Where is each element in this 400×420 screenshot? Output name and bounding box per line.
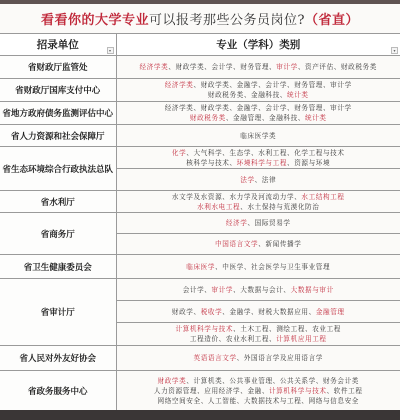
positions-table: 招录单位▾ 专业（学科）类别▾ 省财政厅监管处经济学类、财政学类、会计学、财务管…	[0, 33, 400, 411]
major-text: 、金融学、财税大数据应用、	[222, 308, 316, 316]
major-line: 临床医学、中医学、社会医学与卫生事业管理	[117, 262, 400, 272]
unit-cell: 省地方政府债务监测评估中心	[0, 102, 116, 125]
highlighted-major: 税收学	[201, 308, 223, 316]
major-cell: 计算机科学与技术、土木工程、测绘工程、农业工程工程造价、农业水利工程、计算机应用…	[116, 323, 400, 346]
major-line: 财政税务类、金融科技、统计类	[117, 90, 400, 100]
table-row: 省生态环境综合行政执法总队化学、大气科学、生态学、水利工程、化学工程与技术核科学…	[0, 147, 400, 169]
table-row: 省审计厅会计学、审计学、大数据与会计、大数据与审计	[0, 279, 400, 301]
highlighted-major: 临床医学	[186, 263, 215, 271]
major-cell: 法学、法律	[116, 169, 400, 191]
highlighted-major: 英语语言文学	[194, 354, 237, 362]
major-text: 、水土保持与荒漠化防治	[240, 203, 319, 211]
highlighted-major: 化学	[172, 149, 186, 157]
major-cell: 经济学类、财政学类、金融学、会计学、财务管理、审计学财政税务类、金融管理、金融科…	[116, 102, 400, 125]
highlighted-major: 财政税务类	[190, 114, 226, 122]
major-text: 、法律	[255, 176, 277, 184]
major-line: 网络空间安全、人工智能、大数据技术与工程、网络与信息安全	[117, 396, 400, 406]
filter-dropdown-icon[interactable]: ▾	[391, 47, 398, 54]
highlighted-major: 法学	[240, 176, 254, 184]
unit-cell: 省人民对外友好协会	[0, 346, 116, 371]
major-cell: 水文学及水资源、水力学及河流动力学、水工结构工程水利水电工程、水土保持与荒漠化防…	[116, 191, 400, 213]
major-text: 、国际贸易学	[247, 219, 290, 227]
major-line: 财政学、税收学、金融学、财税大数据应用、金融管理	[117, 307, 400, 317]
page-title: 看看你的大学专业 可以报考那些公务员岗位? （省直）	[0, 4, 400, 33]
major-cell: 财政学类、计算机类、公共事业管理、公共关系学、财务会计类人力资源管理、应用经济学…	[116, 371, 400, 411]
highlighted-major: 大数据与审计	[291, 286, 334, 294]
major-text: 、大数据与会计、	[233, 286, 291, 294]
highlighted-major: 财政学类	[158, 377, 187, 385]
major-text: 网络空间安全、人工智能、大数据技术与工程、网络与信息安全	[158, 397, 359, 405]
unit-cell: 省财政厅监管处	[0, 56, 116, 79]
title-highlight: 看看你的大学专业	[41, 9, 149, 28]
highlighted-major: 计算机科学与技术	[176, 325, 234, 333]
major-line: 化学、大气科学、生态学、水利工程、化学工程与技术	[117, 148, 400, 158]
major-text: 工程造价、农业水利工程、	[190, 335, 276, 343]
major-line: 人力资源管理、应用经济学、金融、计算机科学与技术、软件工程	[117, 386, 400, 396]
highlighted-major: 经济学类	[165, 81, 194, 89]
major-text: 、金融管理、金融科技、	[226, 114, 305, 122]
table-row: 省财政厅监管处经济学类、财政学类、会计学、财务管理、审计学、资产评估、财政税务类	[0, 56, 400, 79]
table-row: 省地方政府债务监测评估中心经济学类、财政学类、金融学、会计学、财务管理、审计学财…	[0, 102, 400, 125]
highlighted-major: 统计类	[305, 114, 327, 122]
major-text: 、大气科学、生态学、水利工程、化学工程与技术	[186, 149, 344, 157]
major-text: 水文学及水资源、水力学及河流动力学、	[172, 193, 302, 201]
major-text: 、计算机类、公共事业管理、公共关系学、财务会计类	[186, 377, 359, 385]
major-text: 、新闻传播学	[258, 240, 301, 248]
major-line: 计算机科学与技术、土木工程、测绘工程、农业工程	[117, 324, 400, 334]
major-cell: 会计学、审计学、大数据与会计、大数据与审计	[116, 279, 400, 301]
major-text: 、软件工程	[327, 387, 363, 395]
major-text: 、资产评估、财政税务类	[298, 63, 377, 71]
major-text: 临床医学类	[240, 132, 276, 140]
major-text: 、资源与环境	[287, 159, 330, 167]
unit-cell: 省人力资源和社会保障厅	[0, 125, 116, 147]
major-cell: 经济学类、财政学类、金融学、会计学、财务管理、审计学财政税务类、金融科技、统计类	[116, 79, 400, 102]
major-line: 中国语言文学、新闻传播学	[117, 239, 400, 249]
major-line: 财政税务类、金融管理、金融科技、统计类	[117, 113, 400, 123]
table-row: 省财政厅国库支付中心经济学类、财政学类、金融学、会计学、财务管理、审计学财政税务…	[0, 79, 400, 102]
highlighted-major: 计算机应用工程	[276, 335, 326, 343]
major-cell: 临床医学、中医学、社会医学与卫生事业管理	[116, 255, 400, 279]
highlighted-major: 统计类	[287, 91, 309, 99]
unit-cell: 省审计厅	[0, 279, 116, 346]
table-row: 省卫生健康委员会临床医学、中医学、社会医学与卫生事业管理	[0, 255, 400, 279]
major-text: 、外国语言学及应用语言学	[237, 354, 323, 362]
major-line: 法学、法律	[117, 175, 400, 185]
bottom-dark-bar	[0, 410, 400, 420]
major-line: 经济学、国际贸易学	[117, 218, 400, 228]
highlighted-major: 计算机科学与技术	[269, 387, 327, 395]
highlighted-major: 水利水电工程	[197, 203, 240, 211]
major-text: 、中医学、社会医学与卫生事业管理	[215, 263, 330, 271]
table-row: 省人民对外友好协会英语语言文学、外国语言学及应用语言学	[0, 346, 400, 371]
unit-cell: 省水利厅	[0, 191, 116, 213]
major-text: 、土木工程、测绘工程、农业工程	[233, 325, 341, 333]
major-cell: 经济学、国际贸易学	[116, 213, 400, 234]
title-scope: （省直）	[305, 9, 359, 28]
header-unit[interactable]: 招录单位▾	[0, 34, 116, 56]
header-major[interactable]: 专业（学科）类别▾	[116, 34, 400, 56]
major-line: 经济学类、财政学类、金融学、会计学、财务管理、审计学	[117, 80, 400, 90]
unit-cell: 省卫生健康委员会	[0, 255, 116, 279]
major-text: 核科学与技术、	[186, 159, 236, 167]
filter-dropdown-icon[interactable]: ▾	[107, 47, 114, 54]
major-line: 临床医学类	[117, 131, 400, 141]
unit-cell: 省商务厅	[0, 213, 116, 255]
table-header-row: 招录单位▾ 专业（学科）类别▾	[0, 34, 400, 56]
major-text: 、财政学类、会计学、财务管理、	[168, 63, 276, 71]
major-cell: 财政学、税收学、金融学、财税大数据应用、金融管理	[116, 301, 400, 323]
major-cell: 中国语言文学、新闻传播学	[116, 234, 400, 255]
major-line: 水文学及水资源、水力学及河流动力学、水工结构工程	[117, 192, 400, 202]
major-text: 、财政学类、金融学、会计学、财务管理、审计学	[194, 81, 352, 89]
unit-cell: 省生态环境综合行政执法总队	[0, 147, 116, 191]
highlighted-major: 环境科学与工程	[237, 159, 287, 167]
major-cell: 临床医学类	[116, 125, 400, 147]
major-text: 财政学、	[172, 308, 201, 316]
unit-cell: 省财政厅国库支付中心	[0, 79, 116, 102]
major-text: 经济学类、财政学类、金融学、会计学、财务管理、审计学	[165, 104, 352, 112]
major-cell: 化学、大气科学、生态学、水利工程、化学工程与技术核科学与技术、环境科学与工程、资…	[116, 147, 400, 169]
major-line: 财政学类、计算机类、公共事业管理、公共关系学、财务会计类	[117, 376, 400, 386]
table-row: 省人力资源和社会保障厅临床医学类	[0, 125, 400, 147]
major-line: 会计学、审计学、大数据与会计、大数据与审计	[117, 285, 400, 295]
major-line: 工程造价、农业水利工程、计算机应用工程	[117, 334, 400, 344]
major-text: 财政税务类、金融科技、	[208, 91, 287, 99]
major-text: 人力资源管理、应用经济学、金融、	[154, 387, 269, 395]
major-text: 会计学、	[183, 286, 212, 294]
major-cell: 经济学类、财政学类、会计学、财务管理、审计学、资产评估、财政税务类	[116, 56, 400, 79]
major-line: 水利水电工程、水土保持与荒漠化防治	[117, 202, 400, 212]
major-line: 经济学类、财政学类、金融学、会计学、财务管理、审计学	[117, 103, 400, 113]
unit-cell: 省政务服务中心	[0, 371, 116, 411]
highlighted-major: 审计学	[276, 63, 298, 71]
major-line: 经济学类、财政学类、会计学、财务管理、审计学、资产评估、财政税务类	[117, 62, 400, 72]
highlighted-major: 中国语言文学	[215, 240, 258, 248]
highlighted-major: 经济学	[226, 219, 248, 227]
major-cell: 英语语言文学、外国语言学及应用语言学	[116, 346, 400, 371]
highlighted-major: 金融管理	[316, 308, 345, 316]
table-row: 省政务服务中心财政学类、计算机类、公共事业管理、公共关系学、财务会计类人力资源管…	[0, 371, 400, 411]
title-main: 可以报考那些公务员岗位?	[149, 9, 305, 28]
table-row: 省水利厅水文学及水资源、水力学及河流动力学、水工结构工程水利水电工程、水土保持与…	[0, 191, 400, 213]
highlighted-major: 经济学类	[140, 63, 169, 71]
major-line: 核科学与技术、环境科学与工程、资源与环境	[117, 158, 400, 168]
major-line: 英语语言文学、外国语言学及应用语言学	[117, 353, 400, 363]
highlighted-major: 审计学	[211, 286, 233, 294]
highlighted-major: 水工结构工程	[301, 193, 344, 201]
table-row: 省商务厅经济学、国际贸易学	[0, 213, 400, 234]
